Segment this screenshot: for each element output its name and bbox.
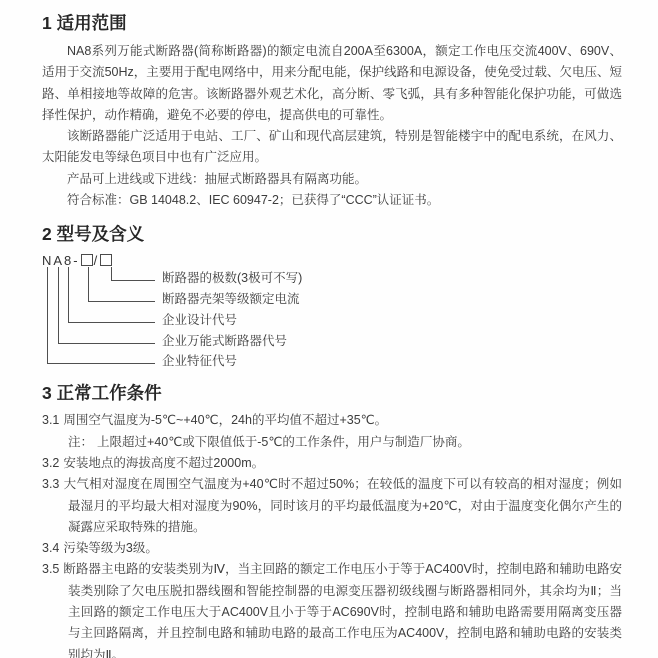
model-label-feature-code: 企业特征代号 [162, 354, 237, 369]
item-number: 3.5 [42, 562, 63, 576]
item-number: 3.3 [42, 477, 63, 491]
model-designation-diagram: NA8-/ 断路器的极数(3极可不写) 断路器壳架等级额定电流 企业设计代号 企… [42, 250, 622, 372]
item-number: 3.1 [42, 413, 63, 427]
item-text: 安装地点的海拔高度不超过2000m。 [63, 456, 264, 470]
condition-item-3-3: 3.3大气相对湿度在周围空气温度为+40℃时不超过50%；在较低的温度下可以有较… [42, 474, 622, 538]
section-1-paragraph-1: NA8系列万能式断路器(简称断路器)的额定电流自200A至6300A，额定工作电… [42, 41, 622, 126]
section-1-heading: 1 适用范围 [42, 12, 622, 35]
condition-item-3-5: 3.5断路器主电路的安装类别为Ⅳ，当主回路的额定工作电压小于等于AC400V时，… [42, 559, 622, 658]
section-1-paragraph-3: 产品可上进线或下进线：抽屉式断路器具有隔离功能。 [42, 169, 622, 190]
item-text: 大气相对湿度在周围空气温度为+40℃时不超过50%；在较低的温度下可以有较高的相… [63, 477, 622, 534]
section-1-paragraph-4: 符合标准：GB 14048.2、IEC 60947-2；已获得了“CCC”认证证… [42, 190, 622, 211]
item-text: 周围空气温度为-5℃~+40℃，24h的平均值不超过+35℃。 [63, 413, 387, 427]
section-2-heading: 2 型号及含义 [42, 223, 622, 246]
model-placeholder-box-1 [81, 254, 93, 266]
document-page: 1 适用范围 NA8系列万能式断路器(简称断路器)的额定电流自200A至6300… [0, 0, 658, 658]
condition-note: 注：上限超过+40℃或下限值低于-5℃的工作条件，用户与制造厂协商。 [42, 432, 622, 453]
connector-line-feature-code [47, 267, 155, 364]
model-label-frame-current: 断路器壳架等级额定电流 [162, 292, 300, 307]
item-number: 3.4 [42, 541, 63, 555]
item-number: 3.2 [42, 456, 63, 470]
section-3-heading: 3 正常工作条件 [42, 382, 622, 405]
condition-item-3-4: 3.4污染等级为3级。 [42, 538, 622, 559]
note-text: 上限超过+40℃或下限值低于-5℃的工作条件，用户与制造厂协商。 [97, 435, 470, 449]
model-code-separator: / [94, 253, 100, 268]
note-label: 注： [68, 435, 97, 449]
model-placeholder-box-2 [100, 254, 112, 266]
item-text: 断路器主电路的安装类别为Ⅳ，当主回路的额定工作电压小于等于AC400V时，控制电… [63, 562, 622, 658]
section-1-paragraph-2: 该断路器能广泛适用于电站、工厂、矿山和现代高层建筑，特别是智能楼宇中的配电系统，… [42, 126, 622, 169]
model-label-design-code: 企业设计代号 [162, 313, 237, 328]
model-label-breaker-code: 企业万能式断路器代号 [162, 334, 287, 349]
condition-item-3-1: 3.1周围空气温度为-5℃~+40℃，24h的平均值不超过+35℃。 [42, 410, 622, 431]
condition-item-3-2: 3.2安装地点的海拔高度不超过2000m。 [42, 453, 622, 474]
model-label-poles: 断路器的极数(3极可不写) [162, 271, 302, 286]
model-code-prefix: NA8- [42, 253, 80, 268]
item-text: 污染等级为3级。 [63, 541, 157, 555]
